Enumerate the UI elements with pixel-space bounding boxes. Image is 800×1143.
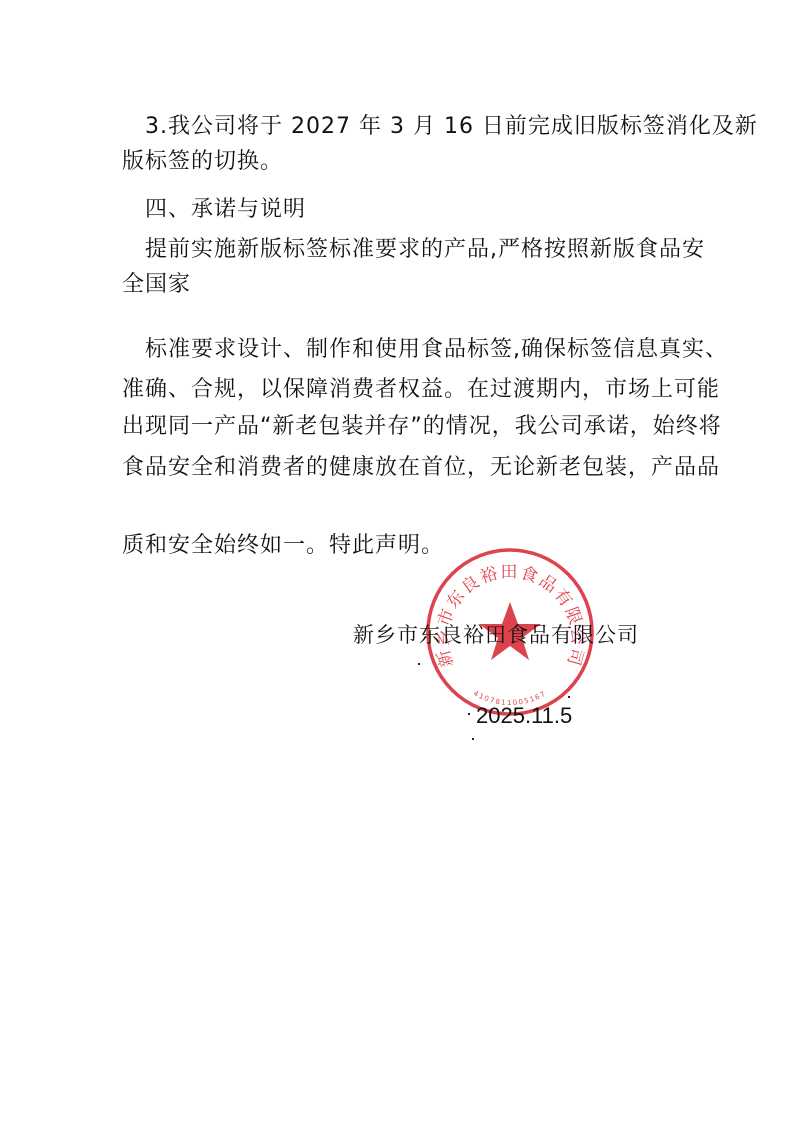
paragraph-line: 标准要求设计、制作和使用食品标签,确保标签信息真实、	[145, 337, 728, 363]
paragraph-line: 食品安全和消费者的健康放在首位，无论新老包装，产品品	[122, 455, 720, 481]
paragraph-line: 全国家	[122, 272, 191, 298]
paragraph-line: 准确、合规，以保障消费者权益。在过渡期内，市场上可能	[122, 377, 720, 403]
scan-speck	[472, 738, 474, 740]
paragraph-line: 质和安全始终如一。特此声明。	[122, 533, 444, 559]
document-date: 2025.11.5	[476, 703, 572, 729]
paragraph-line: 版标签的切换。	[122, 149, 283, 175]
paragraph-line: 提前实施新版标签标准要求的产品,严格按照新版食品安	[145, 237, 705, 263]
scan-speck	[418, 663, 420, 665]
company-signature: 新乡市东良裕田食品有限公司	[353, 619, 639, 649]
paragraph-line: 出现同一产品“新老包装并存”的情况，我公司承诺，始终将	[122, 414, 722, 440]
section-heading: 四、承诺与说明	[145, 197, 306, 223]
paragraph-line: 3.我公司将于 2027 年 3 月 16 日前完成旧版标签消化及新	[145, 114, 758, 140]
